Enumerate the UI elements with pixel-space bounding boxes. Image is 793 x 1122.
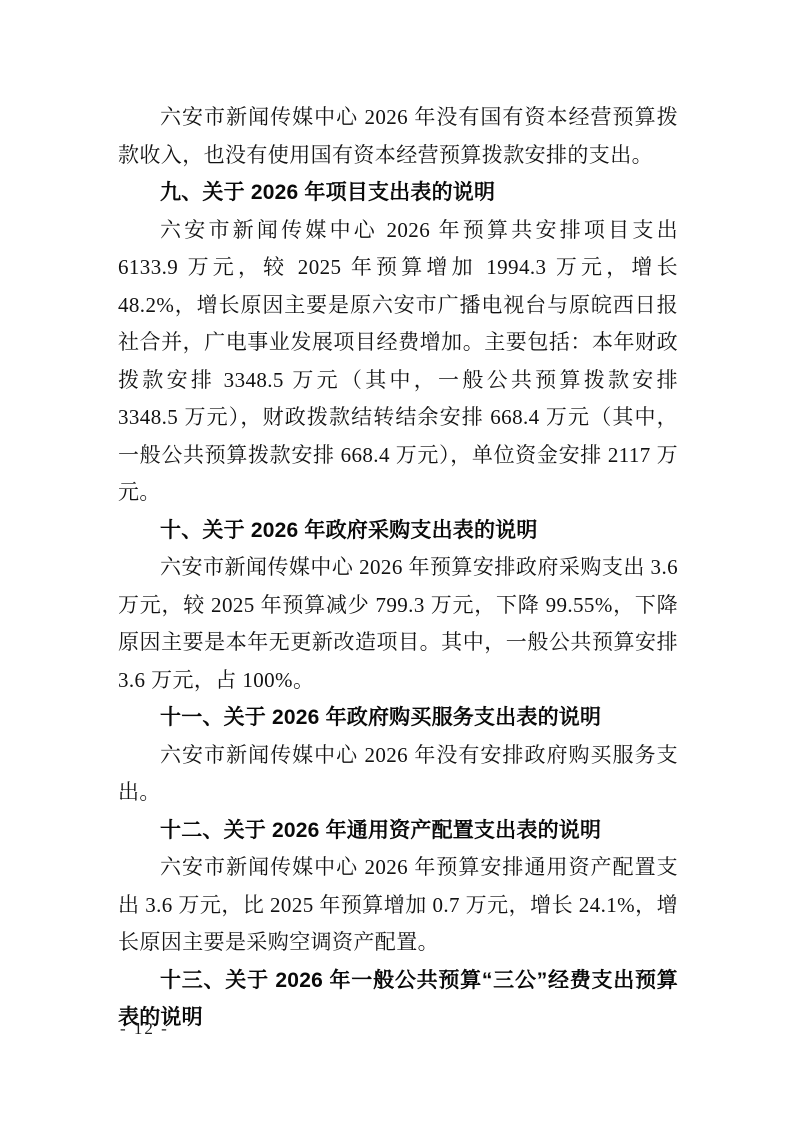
document-page: 六安市新闻传媒中心 2026 年没有国有资本经营预算拨款收入，也没有使用国有资本… (0, 0, 793, 1122)
para-government-procurement: 六安市新闻传媒中心 2026 年预算安排政府采购支出 3.6 万元，较 2025… (118, 549, 678, 699)
heading-section-9: 九、关于 2026 年项目支出表的说明 (118, 174, 678, 212)
heading-section-13: 十三、关于 2026 年一般公共预算“三公”经费支出预算表的说明 (118, 962, 678, 1037)
heading-section-10: 十、关于 2026 年政府采购支出表的说明 (118, 512, 678, 550)
page-number: - 12 - (120, 1018, 169, 1040)
para-project-expenditure: 六安市新闻传媒中心 2026 年预算共安排项目支出 6133.9 万元，较 20… (118, 212, 678, 512)
document-body: 六安市新闻传媒中心 2026 年没有国有资本经营预算拨款收入，也没有使用国有资本… (118, 99, 678, 1037)
para-purchased-services: 六安市新闻传媒中心 2026 年没有安排政府购买服务支出。 (118, 737, 678, 812)
heading-section-11: 十一、关于 2026 年政府购买服务支出表的说明 (118, 699, 678, 737)
para-general-asset-allocation: 六安市新闻传媒中心 2026 年预算安排通用资产配置支出 3.6 万元，比 20… (118, 849, 678, 962)
heading-section-12: 十二、关于 2026 年通用资产配置支出表的说明 (118, 812, 678, 850)
para-state-capital-budget: 六安市新闻传媒中心 2026 年没有国有资本经营预算拨款收入，也没有使用国有资本… (118, 99, 678, 174)
